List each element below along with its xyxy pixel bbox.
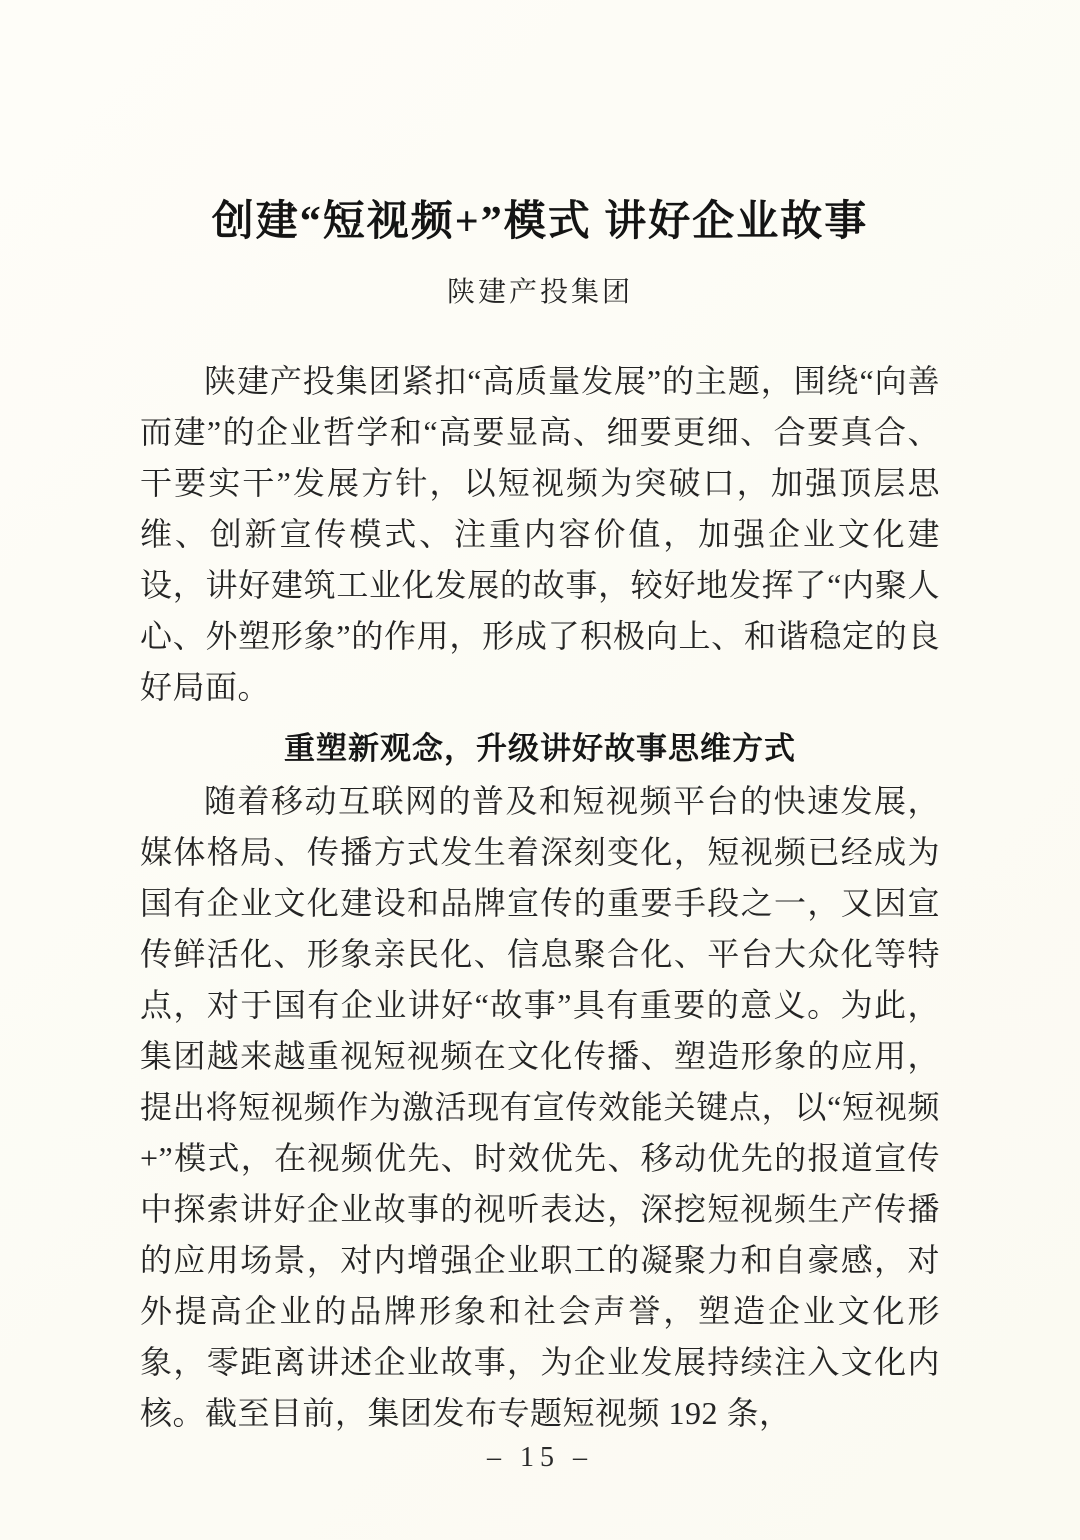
document-title: 创建“短视频+”模式 讲好企业故事 xyxy=(140,0,940,248)
page-number: – 15 – xyxy=(0,1442,1080,1474)
page-content: 创建“短视频+”模式 讲好企业故事 陕建产投集团 陕建产投集团紧扣“高质量发展”… xyxy=(140,0,940,1439)
document-author: 陕建产投集团 xyxy=(140,270,940,310)
section-heading: 重塑新观念，升级讲好故事思维方式 xyxy=(140,723,940,774)
paragraph-section-body: 随着移动互联网的普及和短视频平台的快速发展，媒体格局、传播方式发生着深刻变化，短… xyxy=(140,776,940,1439)
document-page: 创建“短视频+”模式 讲好企业故事 陕建产投集团 陕建产投集团紧扣“高质量发展”… xyxy=(0,0,1080,1540)
paragraph-intro: 陕建产投集团紧扣“高质量发展”的主题，围绕“向善而建”的企业哲学和“高要显高、细… xyxy=(140,356,940,713)
